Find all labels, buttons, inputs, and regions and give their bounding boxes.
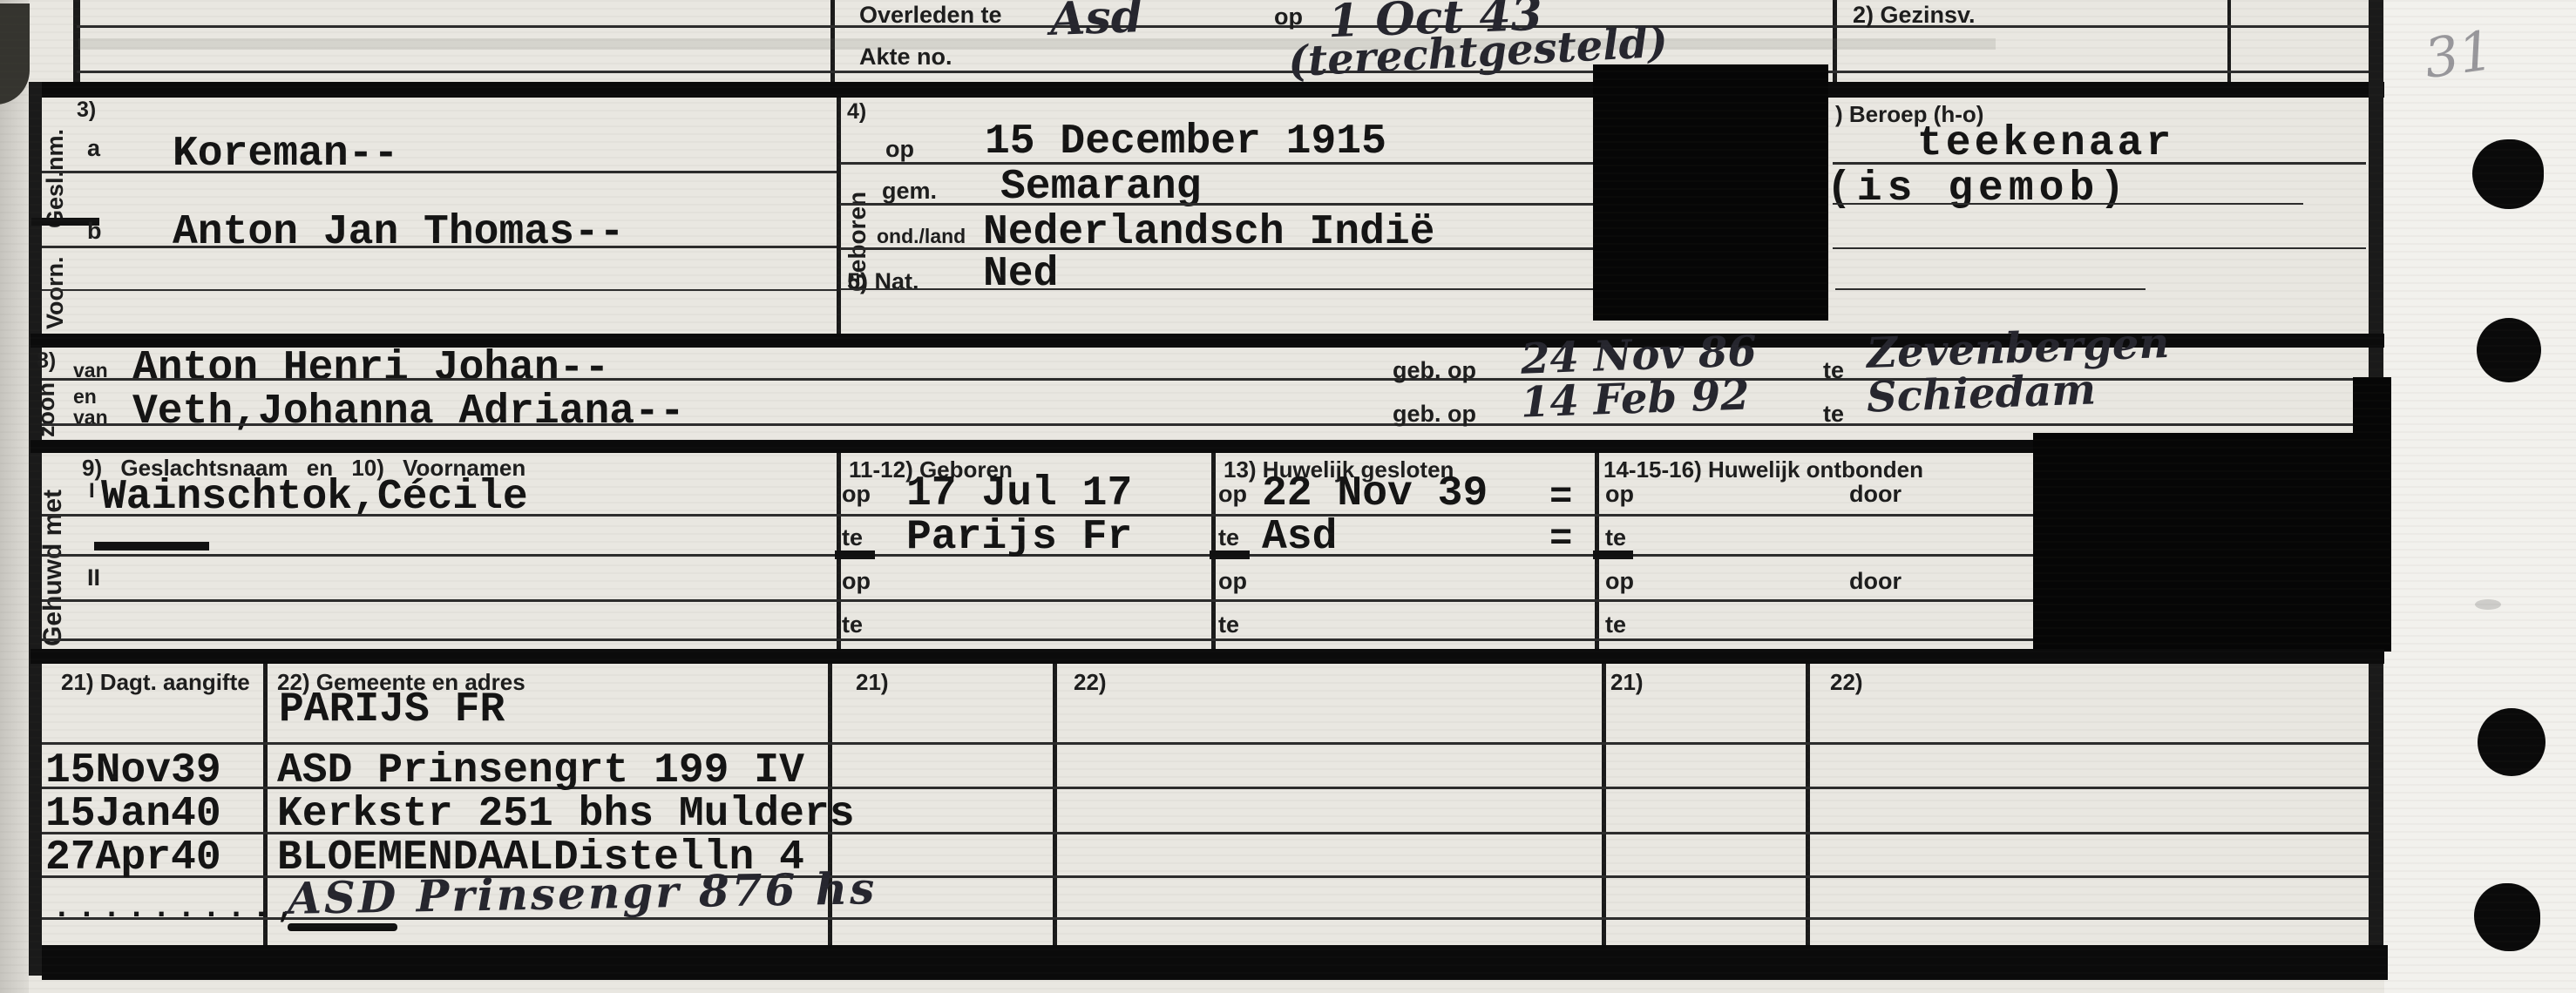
addr-divider-4 (1602, 664, 1606, 945)
names-rule-1 (42, 171, 838, 173)
spouse-geboren-te-label: te (842, 524, 863, 551)
beroep-rule-4 (1835, 288, 2146, 290)
addr-col4-header: 22) (1074, 669, 1107, 696)
redaction-box-top (1593, 64, 1828, 321)
parents-en-label: en (73, 385, 97, 409)
birth-gem-label: gem. (882, 178, 937, 205)
punch-hole-4 (2474, 883, 2540, 951)
ontbonden-op-label: op (1605, 481, 1634, 508)
beroep-value-2: (is gemob) (1827, 165, 2130, 213)
mother-te-label: te (1823, 401, 1844, 428)
scanned-card-page: Overleden te Asd op 1 Oct 43 Akte no. (t… (0, 0, 2576, 993)
nat-value: Ned (983, 251, 1058, 298)
marriage-row2-marker: II (87, 564, 100, 591)
birth-rule-1 (840, 162, 1593, 165)
punch-hole-2 (2477, 318, 2541, 382)
separator-band-3 (31, 440, 2384, 453)
address-row-5-handwritten: ASD Prinsengr 876 hs (288, 862, 878, 924)
punch-hole-1 (2472, 139, 2544, 209)
mother-birthplace-value: Schiedam (1866, 365, 2097, 422)
spouse-geboren-te2-label: te (842, 611, 863, 638)
names-field-no: 3) (77, 98, 96, 123)
addr-divider-5 (1806, 664, 1810, 945)
addr-col3-header: 21) (856, 669, 889, 696)
overleden-op-label: op (1274, 3, 1303, 30)
gezinsv-label: 2) Gezinsv. (1853, 2, 1976, 29)
ontbonden-op2-label: op (1605, 568, 1634, 595)
names-rule-2 (42, 246, 838, 248)
beroep-rule-2 (1833, 203, 2303, 205)
separator-band-4 (31, 649, 2384, 664)
birth-rule-3 (840, 247, 1593, 250)
rule-thick-end-1 (835, 551, 875, 559)
overleden-place-value: Asd (1049, 0, 1143, 46)
parents-rule-2 (42, 423, 2369, 426)
address-row-1: PARIJS FR (279, 686, 505, 733)
names-birth-divider (837, 98, 841, 334)
handwritten-dash-artifact (94, 542, 209, 551)
birth-rule-4 (840, 288, 1593, 290)
marriage-rule-4 (42, 638, 2037, 641)
addr-divider-3 (1053, 664, 1057, 945)
parents-side-label: zoon (33, 382, 60, 437)
topstrip-rule-2 (77, 71, 2369, 73)
huwelijk-ontbonden-header: 14-15-16) Huwelijk ontbonden (1603, 456, 1923, 483)
overleden-te-label: Overleden te (859, 2, 1002, 29)
huwelijk-te-label: te (1218, 524, 1239, 551)
spouse-birthplace-value: Parijs Fr (906, 514, 1132, 561)
handwritten-underline-artifact (288, 923, 397, 931)
addr-col6-header: 22) (1830, 669, 1863, 696)
parents-field-no: 8) (37, 348, 56, 374)
pencil-page-number: 31 (2420, 18, 2497, 91)
punch-hole-3 (2478, 708, 2545, 776)
marriage-rule-3 (42, 599, 2037, 602)
addr-col5-header: 21) (1610, 669, 1644, 696)
bottom-band (42, 945, 2388, 980)
beroep-rule-1 (1833, 162, 2366, 165)
rule-thick-end-2 (1210, 551, 1250, 559)
father-geb-op-label: geb. op (1393, 357, 1476, 384)
birth-op-label: op (885, 136, 914, 163)
huwelijk-op-label: op (1218, 481, 1247, 508)
redaction-edge-nub (2353, 377, 2391, 438)
date-row-2: 15Nov39 (45, 747, 221, 794)
row-b-marker: b (87, 218, 102, 245)
ontbonden-door-label: door (1849, 481, 1901, 508)
mother-birthdate-value: 14 Feb 92 (1520, 370, 1750, 427)
father-te-label: te (1823, 357, 1844, 384)
scan-streak-artifact (78, 38, 1996, 50)
separator-band-top (42, 82, 2384, 98)
marriage-row1-marker: I (89, 479, 95, 503)
huwelijk-te2-label: te (1218, 611, 1239, 638)
names-side-label-geslnm: Gesl.nm. (42, 129, 69, 228)
ontbonden-te-label: te (1605, 524, 1626, 551)
beroep-rule-3 (1833, 247, 2366, 249)
spouse-birthdate-value: 17 Jul 17 (906, 470, 1132, 517)
redaction-box-right (2033, 433, 2391, 652)
backdrop-left-strip (0, 0, 29, 993)
address-row-2: ASD Prinsengrt 199 IV (277, 747, 804, 794)
date-row-5-dots: ........., (52, 890, 302, 926)
addr-rule-1 (42, 742, 2369, 745)
given-names-value: Anton Jan Thomas-- (173, 209, 624, 256)
mother-name-value: Veth,Johanna Adriana-- (132, 388, 685, 436)
address-row-3: Kerkstr 251 bhs Mulders (277, 791, 855, 838)
date-row-4: 27Apr40 (45, 834, 221, 882)
backdrop-right (2384, 0, 2576, 993)
birth-field-no: 4) (847, 99, 866, 125)
mother-geb-op-label: geb. op (1393, 401, 1476, 428)
ontbonden-door2-label: door (1849, 568, 1901, 595)
huwelijk-op2-label: op (1218, 568, 1247, 595)
nat-label: 5) Nat. (847, 268, 919, 295)
addr-col1-header: 21) Dagt. aangifte (61, 669, 250, 696)
huwelijk-eq-1: = (1549, 476, 1572, 519)
birth-date-value: 15 December 1915 (985, 118, 1386, 165)
names-rule-3 (42, 289, 838, 291)
marriage-side-label: Gehuwd met (38, 490, 68, 646)
smudge-artifact (2475, 599, 2501, 610)
father-name-value: Anton Henri Johan-- (132, 345, 609, 392)
huwelijk-eq-2: = (1549, 517, 1572, 561)
row-a-marker: a (87, 135, 100, 162)
huwelijk-date-value: 22 Nov 39 (1262, 470, 1488, 517)
huwelijk-place-value: Asd (1262, 514, 1337, 561)
date-row-3: 15Jan40 (45, 791, 221, 838)
beroep-value-1: teekenaar (1917, 120, 2174, 167)
birth-rule-2 (840, 203, 1593, 206)
rule-thick-end-3 (1593, 551, 1633, 559)
topstrip-rule-1 (77, 25, 2369, 28)
names-side-label-voorn: Voorn. (42, 257, 69, 330)
spouse-geboren-op2-label: op (842, 568, 871, 595)
akte-no-label: Akte no. (859, 44, 952, 71)
spouse-geboren-op-label: op (842, 481, 871, 508)
birth-land-label: ond./land (877, 225, 966, 248)
ontbonden-te2-label: te (1605, 611, 1626, 638)
